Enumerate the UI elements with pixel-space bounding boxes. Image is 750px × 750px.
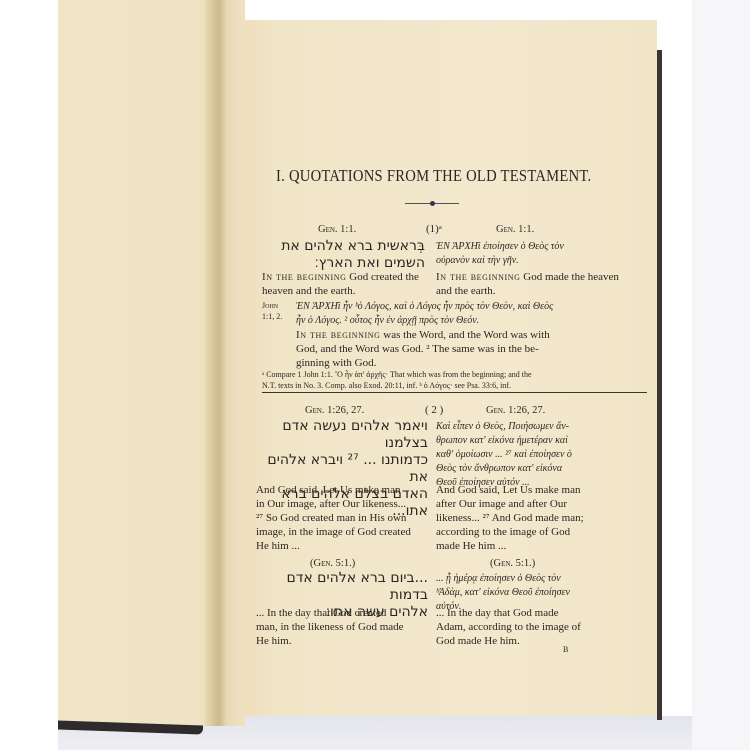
footnote: N.T. texts in No. 3. Comp. also Exod. 20… (262, 380, 647, 391)
background-right (692, 0, 750, 750)
english-text: He him ... (256, 539, 428, 553)
john-english: In the beginning was the Word, and the W… (296, 328, 646, 370)
section1-greek: ἘΝ ἈΡΧΗ͂ι ἐποίησεν ὁ Θεὸς τὸν οὐρανὸν κα… (436, 240, 636, 268)
section-divider (262, 392, 647, 393)
greek-line: ἘΝ ἈΡΧΗ͂ι ἐποίησεν ὁ Θεὸς τὸν (436, 240, 636, 254)
section2-english-left: And God said, Let Us make man in Our ima… (256, 483, 428, 553)
section3-ref-right: (Gen. 5:1.) (490, 558, 535, 569)
english-text: ... In the day that God created (256, 606, 428, 620)
section1-footnotes: ᵃ Compare 1 John 1:1. Ὃ ἦν ἀπ' ἀρχῆς· Th… (262, 369, 647, 391)
section1-english-left: In the beginning God created the heaven … (262, 270, 427, 298)
hebrew-line: כדמותנו ... ²⁷ ויברא אלהים את (256, 452, 428, 486)
john-ref: John 1:1, 2. (262, 300, 282, 322)
english-text: was the Word, and the Word was with (381, 329, 550, 341)
section1-number: (1)ᵃ (426, 223, 442, 235)
english-text: And God said, Let Us make man (256, 483, 428, 497)
small-caps-phrase: In the beginning (436, 271, 521, 283)
greek-line: ... ᾗ ἡμέρᾳ ἐποίησεν ὁ Θεὸς τὸν (436, 572, 636, 586)
greek-line: Θεὸς τὸν ἄνθρωπον κατ' εἰκόνα (436, 462, 636, 476)
english-text: after Our image and after Our (436, 497, 636, 511)
section1-english-right: In the beginning God made the heaven and… (436, 270, 636, 298)
english-text: ²⁷ So God created man in His own (256, 511, 428, 525)
greek-line: ἦν ὁ Λόγος. ² οὗτος ἦν ἐν ἀρχῇ πρὸς τὸν … (296, 314, 646, 328)
book-cover-edge-right (657, 50, 662, 720)
english-text: image, in the image of God created (256, 525, 428, 539)
section3-english-right: ... In the day that God made Adam, accor… (436, 606, 636, 648)
section3-ref-left: (Gen. 5:1.) (310, 558, 355, 569)
section2-ref-right: Gen. 1:26, 27. (486, 405, 545, 416)
english-text: God made He him. (436, 634, 636, 648)
title-ornament-dot (430, 201, 435, 206)
small-caps-phrase: In the beginning (296, 329, 381, 341)
signature-mark: B (563, 645, 568, 654)
john-ref-line: John (262, 300, 282, 311)
greek-line: ἘΝ ἈΡΧΗ͂ι ἦν ᵇὁ Λόγος, καὶ ὁ Λόγος ἦν πρ… (296, 300, 646, 314)
hebrew-line: ...ביום ברא אלהים אדם בדמות (256, 570, 428, 604)
english-text: And God said, Let Us make man (436, 483, 636, 497)
english-text: likeness... ²⁷ And God made man; (436, 511, 636, 525)
greek-line: Καὶ εἶπεν ὁ Θεὸς, Ποιήσωμεν ἄν- (436, 420, 636, 434)
small-caps-phrase: In the beginning (262, 271, 347, 283)
greek-line: ᵇἈδὰμ, κατ' εἰκόνα Θεοῦ ἐποίησεν (436, 586, 636, 600)
english-text: man, in the likeness of God made (256, 620, 428, 634)
greek-line: καθ' ὁμοίωσιν ... ²⁷ καὶ ἐποίησεν ὁ (436, 448, 636, 462)
footnote: ᵃ Compare 1 John 1:1. Ὃ ἦν ἀπ' ἀρχῆς· Th… (262, 369, 647, 380)
section2-number: ( 2 ) (425, 404, 443, 416)
john-ref-line: 1:1, 2. (262, 311, 282, 322)
section2-english-right: And God said, Let Us make man after Our … (436, 483, 636, 553)
english-text: ... In the day that God made (436, 606, 636, 620)
english-text: God, and the Word was God. ² The same wa… (296, 342, 646, 356)
english-text: ginning with God. (296, 356, 646, 370)
background-left (0, 0, 58, 750)
john-greek: ἘΝ ἈΡΧΗ͂ι ἦν ᵇὁ Λόγος, καὶ ὁ Λόγος ἦν πρ… (296, 300, 646, 328)
page-title: I. QUOTATIONS FROM THE OLD TESTAMENT. (276, 166, 586, 186)
section1-ref-left: Gen. 1:1. (318, 224, 356, 235)
section1-ref-right: Gen. 1:1. (496, 224, 534, 235)
english-text: Adam, according to the image of (436, 620, 636, 634)
section2-greek: Καὶ εἶπεν ὁ Θεὸς, Ποιήσωμεν ἄν- θρωπον κ… (436, 420, 636, 490)
english-text: He him. (256, 634, 428, 648)
english-text: in Our image, after Our likeness... (256, 497, 428, 511)
greek-line: οὐρανὸν καὶ τὴν γῆν. (436, 254, 636, 268)
section1-hebrew: בְּראשית ברא אלהים את השמים ואת הארץ׃ (260, 238, 425, 272)
english-text: according to the image of God (436, 525, 636, 539)
section3-english-left: ... In the day that God created man, in … (256, 606, 428, 648)
greek-line: θρωπον κατ' εἰκόνα ἡμετέραν καὶ (436, 434, 636, 448)
hebrew-line: בְּראשית ברא אלהים את (260, 238, 425, 255)
english-text: made He him ... (436, 539, 636, 553)
section2-ref-left: Gen. 1:26, 27. (305, 405, 364, 416)
hebrew-line: ויאמר אלהים נעשה אדם בצלמנו (256, 418, 428, 452)
book-gutter (205, 0, 245, 726)
